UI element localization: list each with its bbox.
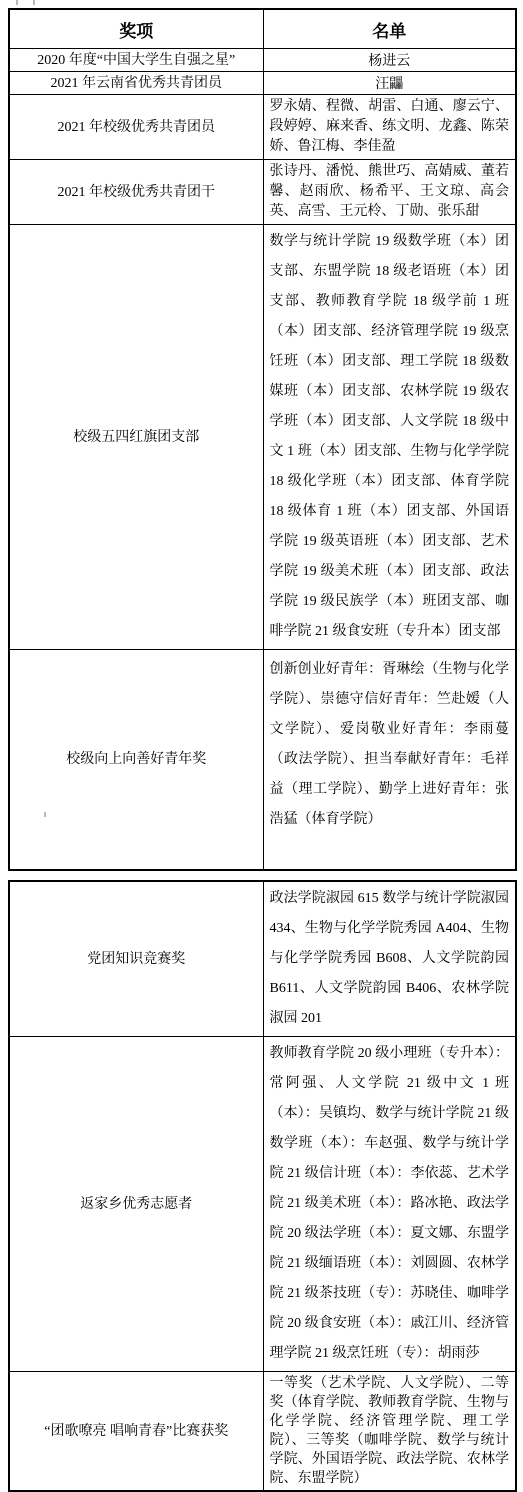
names-cell: 汪鼺: [263, 72, 516, 95]
award-cell: 2021 年校级优秀共青团干: [9, 160, 263, 225]
award-table-2: 党团知识竞赛奖 政法学院淑园 615 数学与统计学院淑园 434、生物与化学学院…: [8, 880, 517, 1492]
names-cell: 一等奖（艺术学院、人文学院）、二等奖（体育学院、教师教育学院、生物与化学学院、经…: [263, 1372, 516, 1492]
award-row: 2021 年校级优秀共青团干 张诗丹、潘悦、熊世巧、高婧威、董若馨、赵雨欣、杨希…: [9, 160, 516, 225]
award-row: 校级向上向善好青年奖 创新创业好青年：胥琳绘（生物与化学学院）、崇德守信好青年：…: [9, 650, 516, 871]
column-header-award: 奖项: [9, 9, 263, 49]
award-cell: 2021 年校级优秀共青团员: [9, 95, 263, 160]
award-cell: 2020 年度“中国大学生自强之星”: [9, 49, 263, 72]
award-cell: 校级向上向善好青年奖: [9, 650, 263, 871]
award-row: 2021 年校级优秀共青团员 罗永婧、程微、胡雷、白通、廖云宁、段婷婷、麻来香、…: [9, 95, 516, 160]
award-cell: 2021 年云南省优秀共青团员: [9, 72, 263, 95]
award-cell: “团歌嘹亮 唱响青春”比赛获奖: [9, 1372, 263, 1492]
names-cell: 张诗丹、潘悦、熊世巧、高婧威、董若馨、赵雨欣、杨希平、王文琼、高会英、高雪、王元…: [263, 160, 516, 225]
document-page: 奖项 名单 2020 年度“中国大学生自强之星” 杨进云 2021 年云南省优秀…: [0, 0, 523, 1492]
names-cell: 教师教育学院 20 级小理班（专升本）：常阿强、人文学院 21 级中文 1 班（…: [263, 1037, 516, 1372]
names-cell: 创新创业好青年：胥琳绘（生物与化学学院）、崇德守信好青年：竺赴嫒（人文学院）、爱…: [263, 650, 516, 871]
award-cell: 校级五四红旗团支部: [9, 225, 263, 650]
names-cell: 数学与统计学院 19 级数学班（本）团支部、东盟学院 18 级老语班（本）团支部…: [263, 225, 516, 650]
ruler-mark: [16, 0, 18, 5]
column-header-names: 名单: [263, 9, 516, 49]
names-cell: 政法学院淑园 615 数学与统计学院淑园 434、生物与化学学院秀园 A404、…: [263, 881, 516, 1037]
ruler-mark: [33, 0, 35, 5]
names-cell: 罗永婧、程微、胡雷、白通、廖云宁、段婷婷、麻来香、练文明、龙鑫、陈荣娇、鲁江梅、…: [263, 95, 516, 160]
award-row: 2021 年云南省优秀共青团员 汪鼺: [9, 72, 516, 95]
award-row: 党团知识竞赛奖 政法学院淑园 615 数学与统计学院淑园 434、生物与化学学院…: [9, 881, 516, 1037]
award-cell: 返家乡优秀志愿者: [9, 1037, 263, 1372]
names-cell: 杨进云: [263, 49, 516, 72]
award-row: 返家乡优秀志愿者 教师教育学院 20 级小理班（专升本）：常阿强、人文学院 21…: [9, 1037, 516, 1372]
ruler-mark: [44, 812, 46, 817]
award-row: 2020 年度“中国大学生自强之星” 杨进云: [9, 49, 516, 72]
table-header-row: 奖项 名单: [9, 9, 516, 49]
award-cell: 党团知识竞赛奖: [9, 881, 263, 1037]
award-row: 校级五四红旗团支部 数学与统计学院 19 级数学班（本）团支部、东盟学院 18 …: [9, 225, 516, 650]
award-row: “团歌嘹亮 唱响青春”比赛获奖 一等奖（艺术学院、人文学院）、二等奖（体育学院、…: [9, 1372, 516, 1492]
award-table-1: 奖项 名单 2020 年度“中国大学生自强之星” 杨进云 2021 年云南省优秀…: [8, 8, 517, 871]
